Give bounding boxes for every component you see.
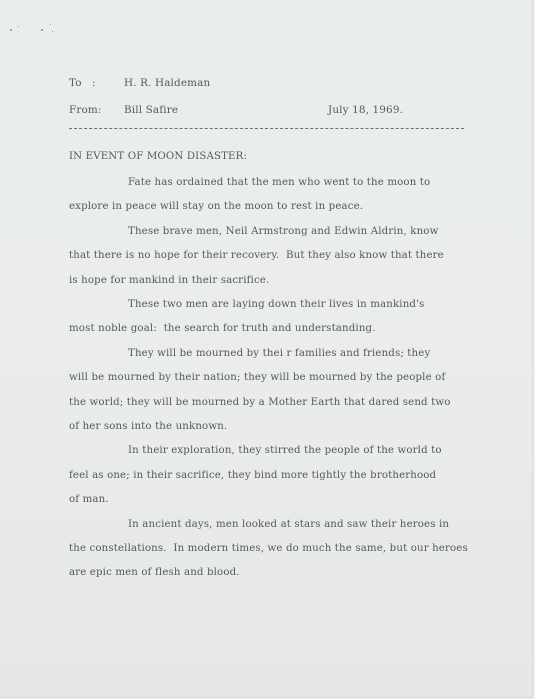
text-line: They will be mourned by thei r families … (128, 348, 430, 359)
from-label: From: (69, 104, 102, 116)
text-line: of her sons into the unknown. (69, 421, 227, 432)
text-line: These two men are laying down their live… (128, 299, 424, 310)
scan-specks (8, 24, 58, 36)
memo-date: July 18, 1969. (328, 104, 403, 116)
speck (10, 29, 12, 31)
speck (50, 24, 51, 25)
memo-page: To : H. R. Haldeman From: Bill Safire Ju… (0, 0, 533, 698)
text-line: Fate has ordained that the men who went … (128, 177, 430, 188)
speck (52, 31, 53, 32)
from-value: Bill Safire (124, 104, 178, 116)
to-value: H. R. Haldeman (124, 77, 210, 89)
text-line: will be mourned by their nation; they wi… (69, 372, 445, 383)
text-line: of man. (69, 494, 109, 505)
text-line: most noble goal: the search for truth an… (69, 323, 376, 334)
text-line: are epic men of flesh and blood. (69, 567, 240, 578)
text-line: In their exploration, they stirred the p… (128, 445, 442, 456)
to-label: To : (69, 77, 96, 89)
text-line: the constellations. In modern times, we … (69, 543, 468, 554)
speck (18, 26, 19, 27)
text-line: is hope for mankind in their sacrifice. (69, 275, 269, 286)
text-line: the world; they will be mourned by a Mot… (69, 397, 451, 408)
dashed-divider (69, 128, 464, 129)
text-line: These brave men, Neil Armstrong and Edwi… (128, 226, 438, 237)
text-line: that there is no hope for their recovery… (69, 250, 444, 261)
text-line: explore in peace will stay on the moon t… (69, 201, 363, 212)
text-line: feel as one; in their sacrifice, they bi… (69, 470, 436, 481)
memo-subject: IN EVENT OF MOON DISASTER: (69, 151, 247, 162)
text-line: In ancient days, men looked at stars and… (128, 519, 449, 530)
speck (41, 29, 43, 31)
